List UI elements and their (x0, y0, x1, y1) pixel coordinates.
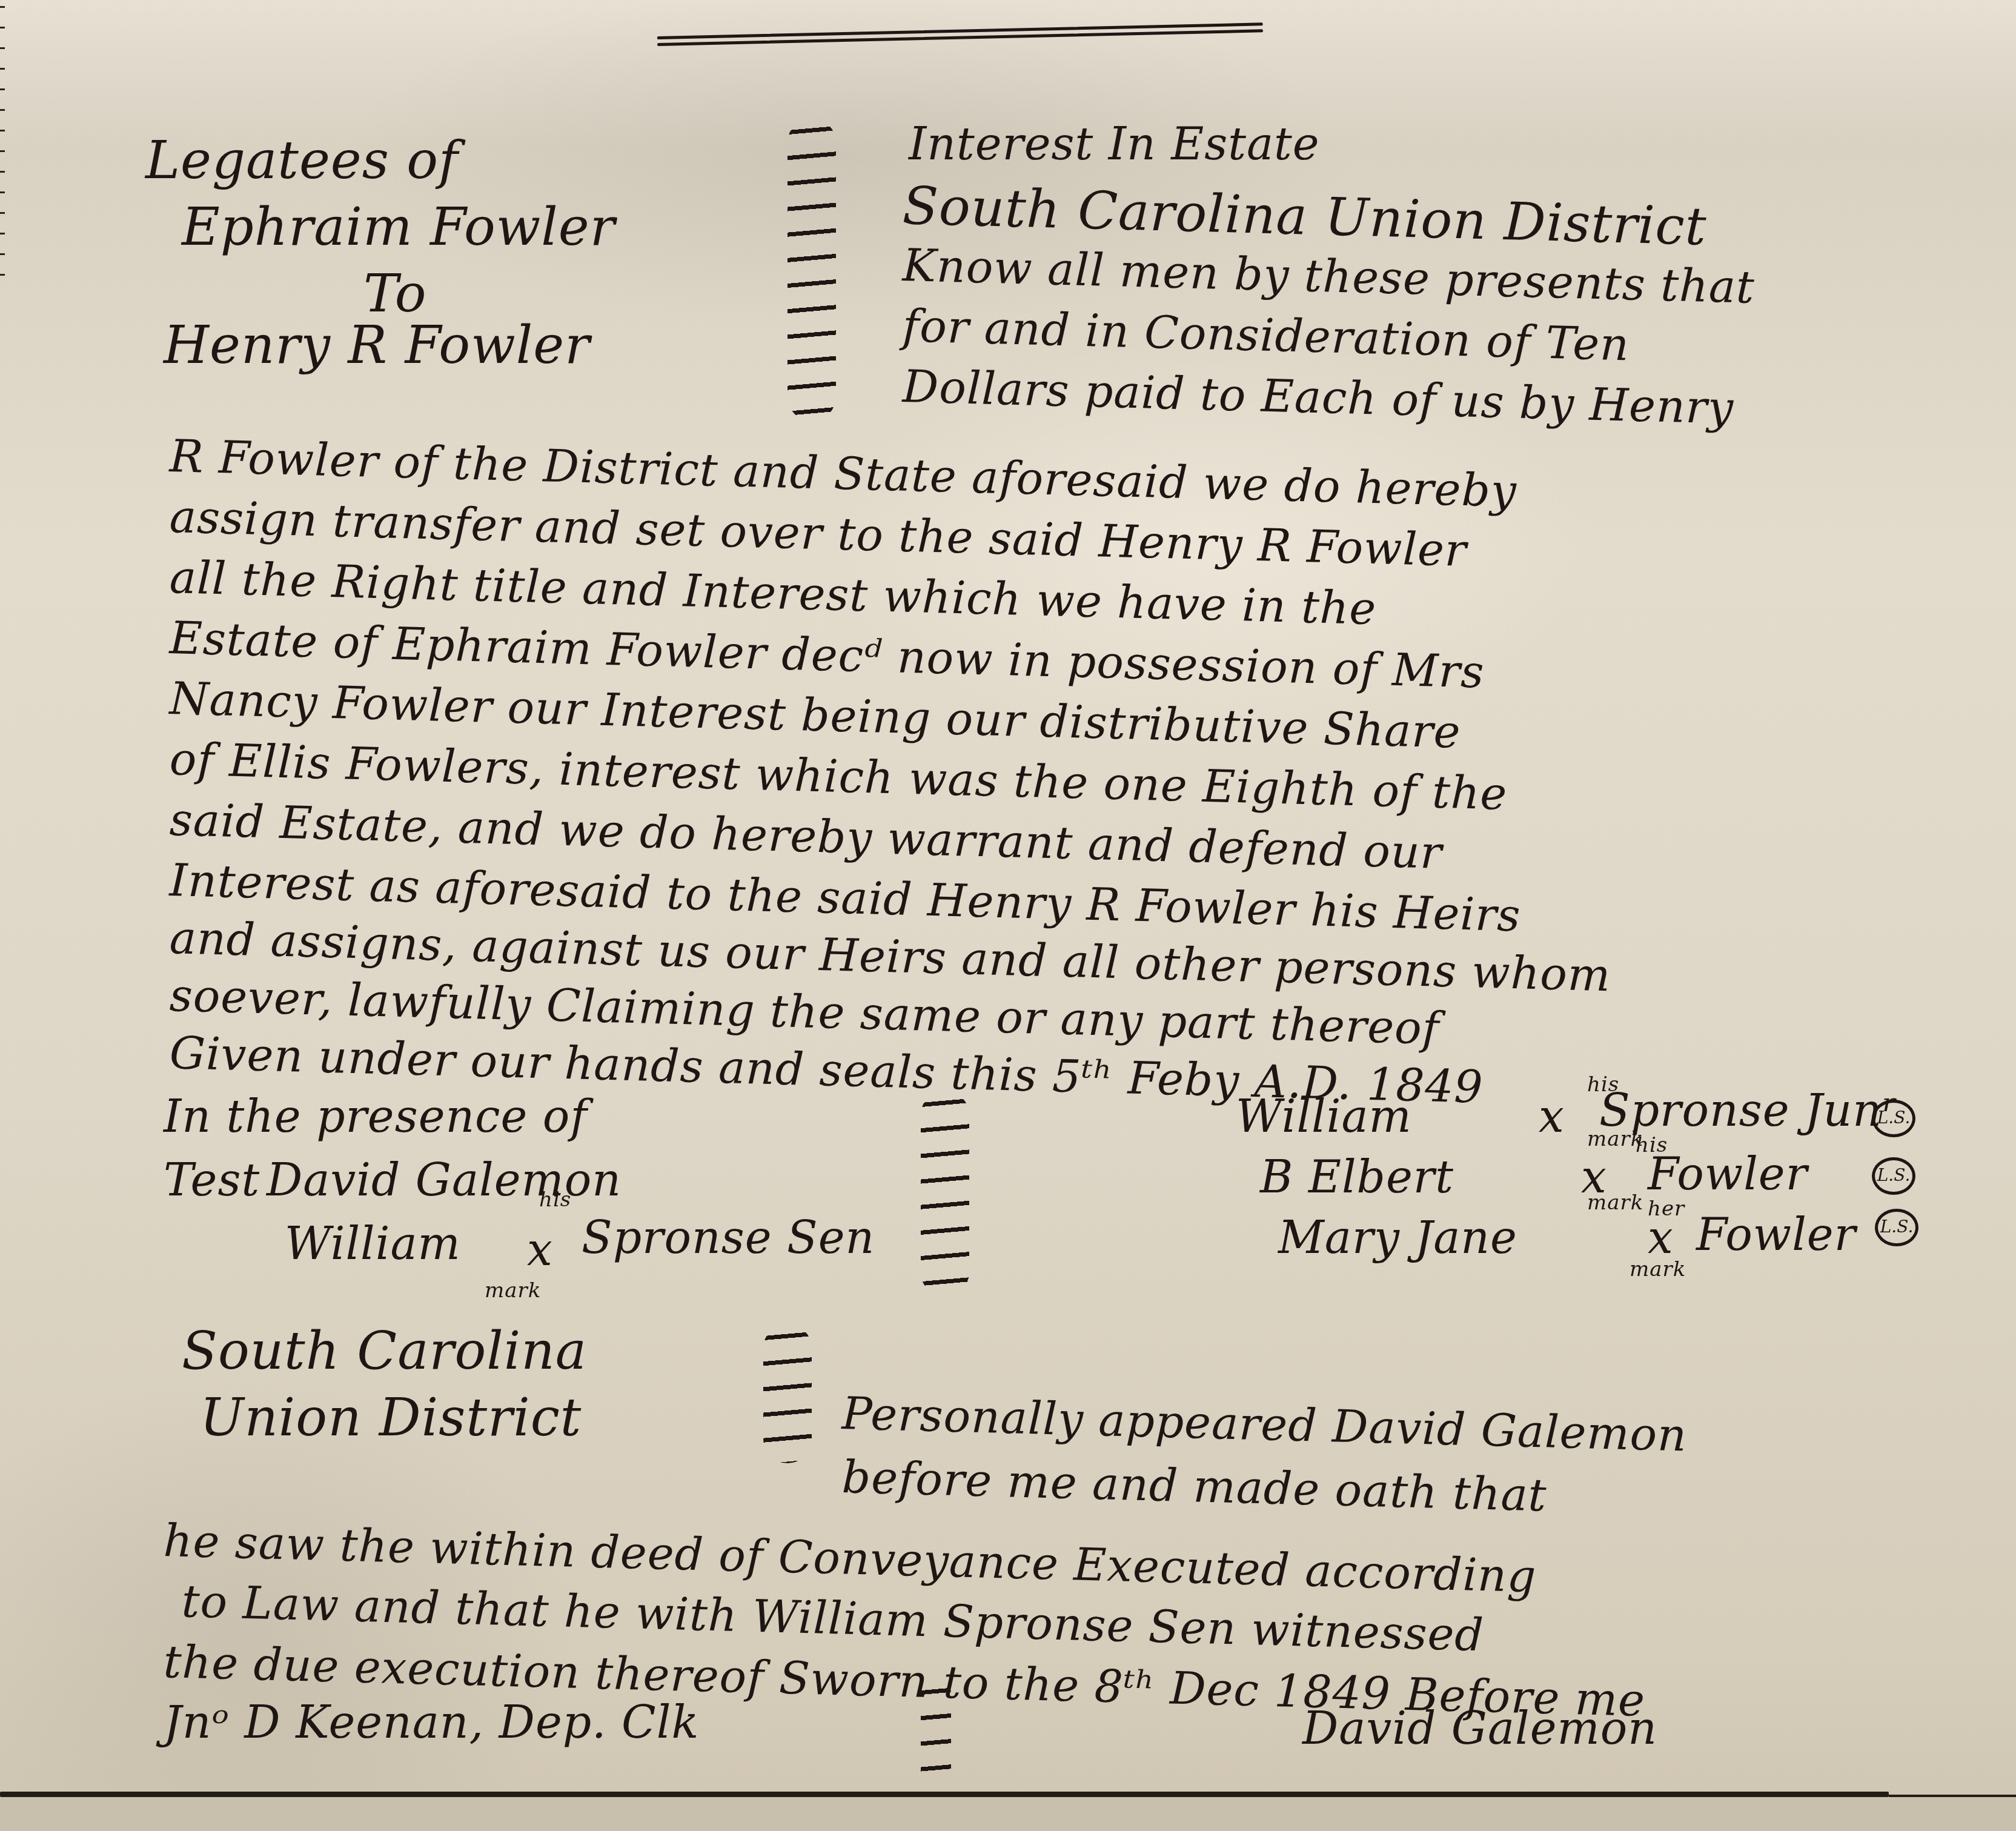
signatory-3-first: Mary Jane (1278, 1212, 1517, 1264)
witness-intro: In the presence of (164, 1091, 588, 1143)
docket-line-2: Ephraim Fowler (182, 197, 615, 258)
signatory-2-mark: mark (1587, 1191, 1643, 1215)
witness-2-x: x (527, 1224, 553, 1276)
seal-ls-icon: L.S. (1872, 1100, 1915, 1137)
docket-line-4: Henry R Fowler (164, 315, 590, 376)
signatory-3-last: Fowler (1696, 1209, 1856, 1261)
seal-ls-icon: L.S. (1875, 1209, 1918, 1246)
scroll-bracket-icon (787, 118, 836, 421)
signatory-3-x: x (1648, 1212, 1674, 1264)
top-double-rule (657, 22, 1263, 47)
affidavit-jurisdiction-1: South Carolina (182, 1321, 587, 1381)
witness-2-mark: mark (485, 1278, 541, 1303)
signatory-3-mark: mark (1630, 1257, 1686, 1281)
affidavit-clerk: Jnᵒ D Keenan, Dep. Clk (164, 1696, 699, 1749)
witness-test-label: Test (164, 1154, 260, 1206)
body-line: Dollars paid to Each of us by Henry (902, 361, 1734, 434)
subject-heading: Interest In Estate (909, 118, 1320, 170)
binding-holes (0, 6, 5, 285)
docket-line-1: Legatees of (145, 130, 459, 191)
body-line: for and in Consideration of Ten (902, 300, 1630, 371)
signatory-2-last: Fowler (1648, 1148, 1808, 1200)
bottom-rule (0, 1792, 1889, 1797)
witness-2-last: Spronse Sen (582, 1212, 875, 1264)
scroll-bracket-icon (921, 1091, 969, 1297)
witness-2-his: his (539, 1188, 571, 1212)
affidavit-jurisdiction-2: Union District (200, 1387, 582, 1448)
scroll-bracket-icon (763, 1324, 812, 1463)
signatory-1-last: Spronse Junʳ (1599, 1085, 1898, 1137)
page-edge (0, 1797, 2016, 1831)
signatory-1-x: x (1539, 1091, 1565, 1143)
signatory-2-first: B Elbert (1260, 1151, 1454, 1203)
witness-2-first: William (285, 1218, 461, 1270)
affidavit-line-1: Personally appeared David Galemon (841, 1387, 1688, 1461)
seal-ls-icon: L.S. (1872, 1157, 1915, 1195)
signatory-1-first: William (1236, 1091, 1412, 1143)
scroll-bracket-icon (921, 1678, 951, 1787)
affidavit-line-2: before me and made oath that (841, 1451, 1548, 1521)
affidavit-deponent-signature: David Galemon (1302, 1703, 1657, 1755)
